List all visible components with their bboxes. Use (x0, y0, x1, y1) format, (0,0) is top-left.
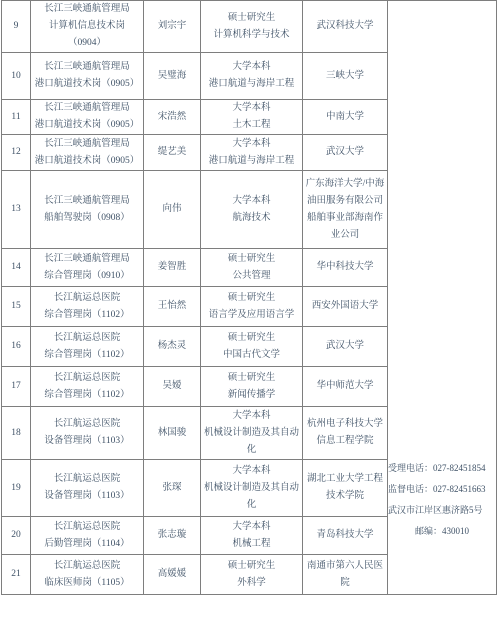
cell-position: 长江航运总医院综合管理岗（1102） (31, 327, 144, 367)
contact-line: 受理电话：027-82451854 (388, 458, 496, 479)
cell-row-number: 11 (2, 100, 31, 135)
position-line: 长江航运总医院 (31, 519, 143, 536)
cell-school: 中南大学 (303, 100, 388, 135)
cell-row-number: 15 (2, 287, 31, 327)
education-line: 大学本科 (201, 193, 302, 210)
cell-candidate-name: 刘宗宇 (144, 1, 201, 53)
cell-education-major: 硕士研究生外科学 (201, 555, 303, 595)
education-line: 硕士研究生 (201, 370, 302, 387)
cell-education-major: 硕士研究生新闻传播学 (201, 367, 303, 407)
education-line: 港口航道与海岸工程 (201, 153, 302, 170)
education-line: 大学本科 (201, 463, 302, 480)
school-line: 南通市第六人民医院 (303, 558, 387, 592)
education-line: 语言学及应用语言学 (201, 307, 302, 324)
cell-row-number: 10 (2, 53, 31, 100)
cell-candidate-name: 姜智胜 (144, 249, 201, 287)
cell-row-number: 17 (2, 367, 31, 407)
position-line: 后勤管理岗（1104） (31, 536, 143, 553)
education-line: 港口航道与海岸工程 (201, 76, 302, 93)
contact-line: 邮编：430010 (388, 521, 496, 542)
cell-position: 长江三峡通航管理局综合管理岗（0910） (31, 249, 144, 287)
education-line: 机械工程 (201, 536, 302, 553)
cell-row-number: 14 (2, 249, 31, 287)
position-line: 综合管理岗（1102） (31, 307, 143, 324)
education-line: 机械设计制造及其自动化 (201, 425, 302, 459)
education-line: 机械设计制造及其自动化 (201, 480, 302, 514)
contact-line: 武汉市江岸区惠济路5号 (388, 500, 496, 521)
cell-education-major: 大学本科航海技术 (201, 171, 303, 249)
cell-candidate-name: 缇艺美 (144, 135, 201, 171)
cell-position: 长江三峡通航管理局港口航道技术岗（0905） (31, 135, 144, 171)
cell-row-number: 19 (2, 460, 31, 517)
position-line: 船舶驾驶岗（0908） (31, 210, 143, 227)
position-line: 长江航运总医院 (31, 471, 143, 488)
cell-position: 长江航运总医院设备管理岗（1103） (31, 407, 144, 460)
cell-education-major: 大学本科港口航道与海岸工程 (201, 135, 303, 171)
education-line: 大学本科 (201, 408, 302, 425)
school-line: 青岛科技大学 (303, 527, 387, 544)
cell-row-number: 9 (2, 1, 31, 53)
position-line: 计算机信息技术岗 (31, 18, 143, 35)
education-line: 大学本科 (201, 59, 302, 76)
education-line: 公共管理 (201, 268, 302, 285)
position-line: 长江航运总医院 (31, 558, 143, 575)
cell-school: 广东海洋大学/中海油田服务有限公司船舶事业部海南作业公司 (303, 171, 388, 249)
school-line: 华中科技大学 (303, 259, 387, 276)
position-line: 长江航运总医院 (31, 370, 143, 387)
education-line: 航海技术 (201, 210, 302, 227)
school-line: 杭州电子科技大学信息工程学院 (303, 416, 387, 450)
education-line: 硕士研究生 (201, 10, 302, 27)
cell-candidate-name: 林国骏 (144, 407, 201, 460)
cell-position: 长江三峡通航管理局船舶驾驶岗（0908） (31, 171, 144, 249)
cell-candidate-name: 王怡然 (144, 287, 201, 327)
position-line: 长江三峡通航管理局 (31, 59, 143, 76)
position-line: 长江航运总医院 (31, 330, 143, 347)
education-line: 硕士研究生 (201, 251, 302, 268)
cell-candidate-name: 吴璧海 (144, 53, 201, 100)
education-line: 中国古代文学 (201, 347, 302, 364)
position-line: 港口航道技术岗（0905） (31, 153, 143, 170)
cell-position: 长江航运总医院设备管理岗（1103） (31, 460, 144, 517)
applicants-table: 9 长江三峡通航管理局计算机信息技术岗（0904） 刘宗宇 硕士研究生计算机科学… (1, 0, 497, 595)
cell-education-major: 大学本科机械设计制造及其自动化 (201, 407, 303, 460)
position-line: 设备管理岗（1103） (31, 488, 143, 505)
cell-row-number: 12 (2, 135, 31, 171)
school-line: 武汉科技大学 (303, 18, 387, 35)
cell-school: 三峡大学 (303, 53, 388, 100)
school-line: 广东海洋大学/中海油田服务有限公司船舶事业部海南作业公司 (303, 176, 387, 244)
cell-candidate-name: 向伟 (144, 171, 201, 249)
school-line: 湖北工业大学工程技术学院 (303, 471, 387, 505)
cell-education-major: 硕士研究生中国古代文学 (201, 327, 303, 367)
cell-position: 长江航运总医院临床医师岗（1105） (31, 555, 144, 595)
position-line: 长江三峡通航管理局 (31, 251, 143, 268)
position-line: 设备管理岗（1103） (31, 433, 143, 450)
position-line: 长江三峡通航管理局 (31, 136, 143, 153)
cell-education-major: 硕士研究生公共管理 (201, 249, 303, 287)
cell-row-number: 20 (2, 517, 31, 555)
position-line: 长江航运总医院 (31, 416, 143, 433)
cell-position: 长江三峡通航管理局港口航道技术岗（0905） (31, 100, 144, 135)
cell-education-major: 大学本科土木工程 (201, 100, 303, 135)
cell-education-major: 大学本科港口航道与海岸工程 (201, 53, 303, 100)
cell-education-major: 硕士研究生语言学及应用语言学 (201, 287, 303, 327)
cell-candidate-name: 吴嫒 (144, 367, 201, 407)
position-line: 长江三峡通航管理局 (31, 1, 143, 18)
position-line: 临床医师岗（1105） (31, 575, 143, 592)
cell-position: 长江三峡通航管理局港口航道技术岗（0905） (31, 53, 144, 100)
school-line: 中南大学 (303, 109, 387, 126)
school-line: 西安外国语大学 (303, 298, 387, 315)
cell-candidate-name: 张志璇 (144, 517, 201, 555)
education-line: 外科学 (201, 575, 302, 592)
school-line: 武汉大学 (303, 144, 387, 161)
education-line: 新闻传播学 (201, 387, 302, 404)
contact-cell: 受理电话：027-82451854监督电话：027-82451663武汉市江岸区… (388, 1, 497, 595)
cell-position: 长江三峡通航管理局计算机信息技术岗（0904） (31, 1, 144, 53)
education-line: 计算机科学与技术 (201, 27, 302, 44)
cell-position: 长江航运总医院后勤管理岗（1104） (31, 517, 144, 555)
position-line: 长江三峡通航管理局 (31, 193, 143, 210)
cell-row-number: 16 (2, 327, 31, 367)
cell-school: 华中科技大学 (303, 249, 388, 287)
education-line: 硕士研究生 (201, 290, 302, 307)
cell-candidate-name: 张琛 (144, 460, 201, 517)
cell-school: 湖北工业大学工程技术学院 (303, 460, 388, 517)
position-line: 综合管理岗（1102） (31, 347, 143, 364)
position-line: 港口航道技术岗（0905） (31, 76, 143, 93)
cell-position: 长江航运总医院综合管理岗（1102） (31, 287, 144, 327)
position-line: 长江航运总医院 (31, 290, 143, 307)
cell-candidate-name: 高媛媛 (144, 555, 201, 595)
position-line: 长江三峡通航管理局 (31, 100, 143, 117)
cell-candidate-name: 宋浩然 (144, 100, 201, 135)
cell-school: 南通市第六人民医院 (303, 555, 388, 595)
position-line: （0904） (31, 35, 143, 52)
education-line: 大学本科 (201, 136, 302, 153)
school-line: 华中师范大学 (303, 378, 387, 395)
education-line: 大学本科 (201, 519, 302, 536)
education-line: 硕士研究生 (201, 558, 302, 575)
cell-education-major: 硕士研究生计算机科学与技术 (201, 1, 303, 53)
cell-position: 长江航运总医院综合管理岗（1102） (31, 367, 144, 407)
cell-school: 西安外国语大学 (303, 287, 388, 327)
cell-school: 武汉大学 (303, 327, 388, 367)
position-line: 综合管理岗（1102） (31, 387, 143, 404)
contact-line: 监督电话：027-82451663 (388, 479, 496, 500)
position-line: 综合管理岗（0910） (31, 268, 143, 285)
cell-school: 武汉大学 (303, 135, 388, 171)
cell-school: 杭州电子科技大学信息工程学院 (303, 407, 388, 460)
table-row: 9 长江三峡通航管理局计算机信息技术岗（0904） 刘宗宇 硕士研究生计算机科学… (2, 1, 497, 53)
school-line: 武汉大学 (303, 338, 387, 355)
position-line: 港口航道技术岗（0905） (31, 117, 143, 134)
education-line: 土木工程 (201, 117, 302, 134)
table-body: 9 长江三峡通航管理局计算机信息技术岗（0904） 刘宗宇 硕士研究生计算机科学… (2, 1, 497, 595)
cell-education-major: 大学本科机械设计制造及其自动化 (201, 460, 303, 517)
cell-education-major: 大学本科机械工程 (201, 517, 303, 555)
cell-school: 华中师范大学 (303, 367, 388, 407)
cell-row-number: 13 (2, 171, 31, 249)
contact-block: 受理电话：027-82451854监督电话：027-82451663武汉市江岸区… (388, 54, 496, 542)
school-line: 三峡大学 (303, 68, 387, 85)
cell-row-number: 18 (2, 407, 31, 460)
education-line: 硕士研究生 (201, 330, 302, 347)
cell-school: 武汉科技大学 (303, 1, 388, 53)
document-page: 9 长江三峡通航管理局计算机信息技术岗（0904） 刘宗宇 硕士研究生计算机科学… (0, 0, 500, 618)
cell-school: 青岛科技大学 (303, 517, 388, 555)
cell-row-number: 21 (2, 555, 31, 595)
cell-candidate-name: 杨杰灵 (144, 327, 201, 367)
education-line: 大学本科 (201, 100, 302, 117)
